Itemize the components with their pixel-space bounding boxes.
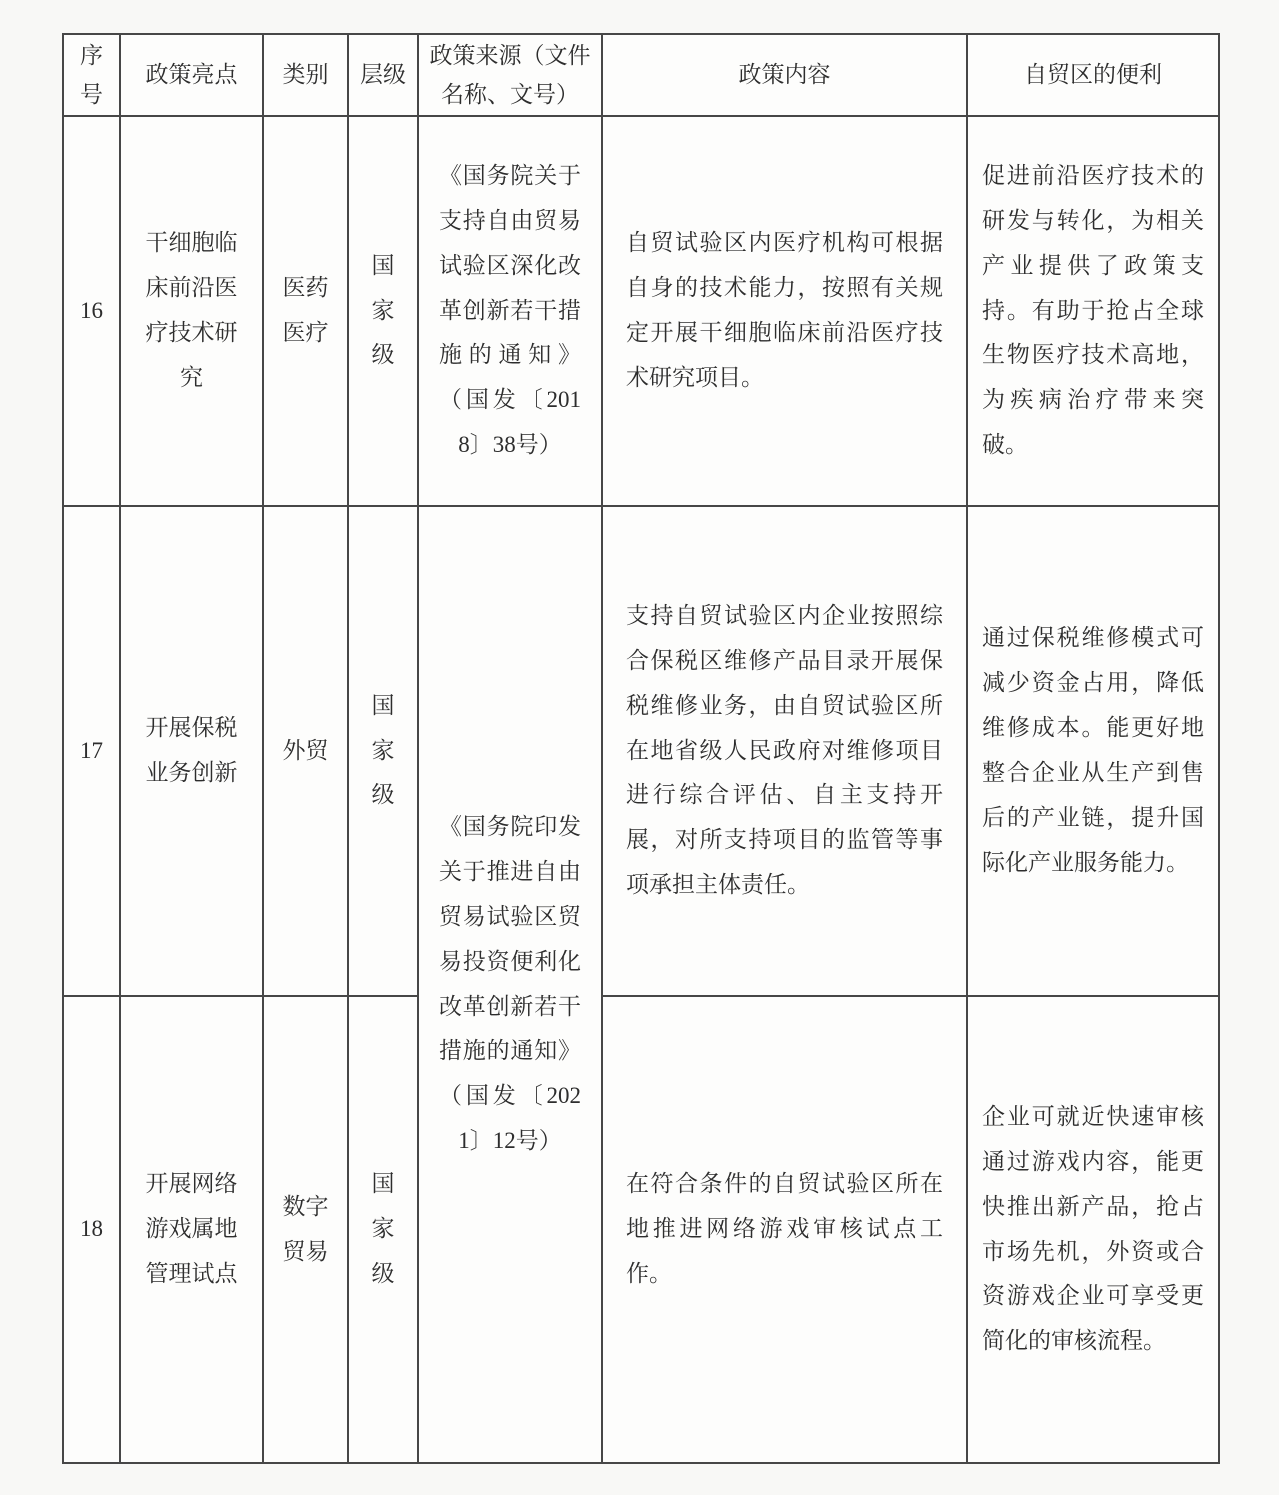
category-cell: 数字贸易 xyxy=(263,996,348,1463)
ftz-benefit-cell: 促进前沿医疗技术的研发与转化，为相关产业提供了政策支持。有助于抢占全球生物医疗技… xyxy=(967,116,1219,506)
policy-highlight-cell: 干细胞临床前沿医疗技术研究 xyxy=(120,116,263,506)
policy-content-cell: 自贸试验区内医疗机构可根据自身的技术能力，按照有关规定开展干细胞临床前沿医疗技术… xyxy=(602,116,967,506)
table-row-16: 16 干细胞临床前沿医疗技术研究 医药医疗 国家级 《国务院关于支持自由贸易试验… xyxy=(63,116,1219,506)
header-category: 类别 xyxy=(263,34,348,116)
category-cell: 外贸 xyxy=(263,506,348,996)
header-row: 序号 政策亮点 类别 层级 政策来源（文件名称、文号） 政策内容 自贸区的便利 xyxy=(63,34,1219,116)
header-policy-highlight: 政策亮点 xyxy=(120,34,263,116)
policy-source-cell: 《国务院关于支持自由贸易试验区深化改革创新若干措施的通知》（国发〔2018〕38… xyxy=(418,116,602,506)
header-policy-source: 政策来源（文件名称、文号） xyxy=(418,34,602,116)
header-policy-content: 政策内容 xyxy=(602,34,967,116)
header-level: 层级 xyxy=(348,34,418,116)
document-page: 序号 政策亮点 类别 层级 政策来源（文件名称、文号） 政策内容 自贸区的便利 … xyxy=(0,0,1279,1495)
seq-cell: 17 xyxy=(63,506,120,996)
header-ftz-benefit: 自贸区的便利 xyxy=(967,34,1219,116)
ftz-benefit-cell: 企业可就近快速审核通过游戏内容，能更快推出新产品，抢占市场先机，外资或合资游戏企… xyxy=(967,996,1219,1463)
seq-cell: 18 xyxy=(63,996,120,1463)
category-cell: 医药医疗 xyxy=(263,116,348,506)
policy-highlight-cell: 开展网络游戏属地管理试点 xyxy=(120,996,263,1463)
policy-table: 序号 政策亮点 类别 层级 政策来源（文件名称、文号） 政策内容 自贸区的便利 … xyxy=(62,33,1220,1464)
policy-content-cell: 在符合条件的自贸试验区所在地推进网络游戏审核试点工作。 xyxy=(602,996,967,1463)
policy-content-cell: 支持自贸试验区内企业按照综合保税区维修产品目录开展保税维修业务，由自贸试验区所在… xyxy=(602,506,967,996)
level-cell: 国家级 xyxy=(348,116,418,506)
ftz-benefit-cell: 通过保税维修模式可减少资金占用，降低维修成本。能更好地整合企业从生产到售后的产业… xyxy=(967,506,1219,996)
policy-highlight-cell: 开展保税业务创新 xyxy=(120,506,263,996)
policy-source-cell-merged: 《国务院印发关于推进自由贸易试验区贸易投资便利化改革创新若干措施的通知》（国发〔… xyxy=(418,506,602,1463)
level-cell: 国家级 xyxy=(348,506,418,996)
level-cell: 国家级 xyxy=(348,996,418,1463)
seq-cell: 16 xyxy=(63,116,120,506)
table-row-17: 17 开展保税业务创新 外贸 国家级 《国务院印发关于推进自由贸易试验区贸易投资… xyxy=(63,506,1219,996)
table-row-18: 18 开展网络游戏属地管理试点 数字贸易 国家级 在符合条件的自贸试验区所在地推… xyxy=(63,996,1219,1463)
header-seq: 序号 xyxy=(63,34,120,116)
